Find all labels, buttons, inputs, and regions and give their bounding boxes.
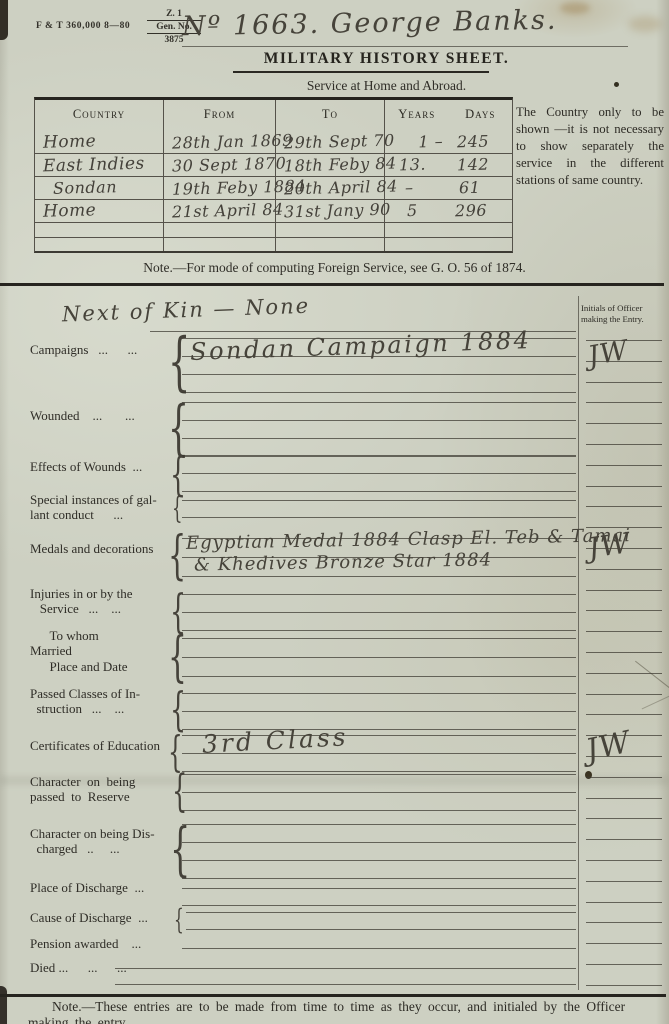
ruled-line [182,810,576,811]
field-lines-place-discharge [182,888,576,906]
ruled-line [586,631,662,632]
ruled-line [182,693,576,694]
cell-to: 31st Jany 90 [284,200,391,222]
brace: { [174,904,184,936]
thick-rule-bottom [0,994,666,997]
col-header-days: Days [449,107,513,131]
cell-from: 21st April 84 [172,200,284,222]
ruled-line [115,968,576,969]
page-title: MILITARY HISTORY SHEET. [0,50,669,68]
ruled-line [182,455,576,456]
cell-years: 5 [407,201,418,220]
field-lines-pension [182,948,576,949]
ruled-line [586,382,662,383]
ruled-line [182,438,576,439]
stain-top-right-2 [628,16,662,32]
ruled-line [182,792,576,793]
field-lines-char-discharged [182,824,576,879]
cell-to: 29th Sept 70 [284,131,395,153]
medals-entry-line2: & Khedives Bronze Star 1884 [194,551,492,574]
handwritten-name: Nº 1663. George Banks. [182,7,558,41]
field-label-cause-discharge: Cause of Discharge ... [30,910,184,925]
ruled-line [586,402,662,403]
table-row: Home 28th Jan 1869 29th Sept 70 1 – 245 [35,131,512,154]
cell-days: 296 [455,201,488,221]
ruled-line [586,673,662,674]
ruled-line [182,491,576,492]
ruled-line [586,964,662,965]
field-lines-married [182,638,576,677]
ruled-line [586,922,662,923]
ruled-line [182,774,576,775]
table-empty-row [35,238,512,251]
ruled-line [182,576,576,577]
bottom-note: Note.—These entries are to be made from … [28,999,664,1024]
ruled-line [182,402,576,403]
thick-rule-top [0,283,664,286]
cell-from: 28th Jan 1869 [172,130,293,152]
table-row: East Indies 30 Sept 1870 18th Feby 84 13… [35,154,512,177]
next-of-kin-entry: Next of Kin — None [62,296,311,326]
cell-days: 61 [459,178,481,198]
table-row: Home 21st April 84 31st Jany 90 5 296 [35,200,512,223]
field-label-medals: Medals and decorations [30,541,184,556]
military-history-sheet: F & T 360,000 8—80 Z. 1 Gen. No. 3875 Nº… [0,0,669,1024]
cell-days: 245 [457,132,490,152]
field-lines-effects [182,455,576,492]
ruled-line [182,676,576,677]
field-lines-passed [182,693,576,730]
cell-from: 30 Sept 1870 [172,154,287,176]
certificates-entry: 3rd Class [201,724,349,757]
ruled-line [586,610,662,611]
field-label-char-discharged: Character on being Dis- charged .. ... [30,826,184,857]
ruled-line [186,929,576,930]
name-underline [182,46,628,47]
initials-column-lines [586,340,662,986]
ruled-line [586,590,662,591]
ruled-line [182,888,576,889]
col-header-years-days: Years Days [385,100,512,131]
field-lines-gallant [182,500,576,518]
ruled-line [182,771,576,772]
cell-country: Home [43,200,97,221]
field-label-campaigns: Campaigns ... ... [30,342,184,357]
ruled-line [586,569,662,570]
ruled-line [182,842,576,843]
scan-edge-top-left [0,0,8,40]
ruled-line [182,500,576,501]
ruled-line [182,473,576,474]
field-label-pension: Pension awarded ... [30,936,184,951]
ruled-line [182,392,576,393]
service-table-header: Country From To Years Days [35,100,512,131]
col-header-years: Years [385,107,449,131]
ruled-line [586,652,662,653]
ruled-line [182,878,576,879]
ruled-line [586,860,662,861]
cell-country: Sondan [53,177,117,198]
cell-years: – [405,178,414,197]
officer-initials: JW [583,728,633,767]
ruled-line [186,912,576,913]
col-header-from: From [164,100,276,131]
field-label-effects: Effects of Wounds ... [30,459,184,474]
ruled-line [182,905,576,906]
field-label-char-reserve: Character on being passed to Reserve [30,774,184,805]
field-lines-wounded [182,402,576,457]
field-lines-cause-discharge [186,912,576,930]
ruled-line [586,818,662,819]
cell-to: 20th April 84 [284,177,398,199]
ruled-line [182,948,576,949]
field-lines-char-reserve [182,774,576,811]
title-underline [233,71,489,73]
cell-years: 1 – [399,131,463,152]
officer-initials: JW [586,337,631,371]
ruled-line [586,798,662,799]
cell-country: Home [43,131,97,152]
field-label-certificates: Certificates of Education [30,738,184,753]
ruled-line [182,630,576,631]
ruled-line [586,902,662,903]
cell-years: 13. [399,155,426,175]
table-side-note: The Country only to be shown —it is not … [516,104,664,188]
ruled-line [182,594,576,595]
page-subtitle: Service at Home and Abroad. [0,78,669,94]
field-lines-injuries [182,594,576,631]
ruled-line [586,777,662,778]
field-lines-died [115,968,576,985]
field-label-married: To whom Married Place and Date [30,628,184,674]
ruled-line [115,984,576,985]
field-label-place-discharge: Place of Discharge ... [30,880,184,895]
stain-top-right [560,2,590,14]
ruled-line [586,465,662,466]
cell-country: East Indies [43,154,145,177]
ruled-line [586,506,662,507]
initials-column-divider [578,296,579,990]
field-label-injuries: Injuries in or by the Service ... ... [30,586,184,617]
col-header-to: To [276,100,385,131]
table-empty-row [35,223,512,238]
ruled-line [586,444,662,445]
cell-to: 18th Feby 84 [284,154,397,176]
ruled-line [586,943,662,944]
foreign-service-note: Note.—For mode of computing Foreign Serv… [0,260,669,276]
ruled-line [182,374,576,375]
initials-column-header: Initials of Officer making the Entry. [581,303,665,325]
col-header-country: Country [35,100,164,131]
service-table: Country From To Years Days Home 28th Jan… [34,97,513,253]
ruled-line [586,486,662,487]
field-label-passed: Passed Classes of In- struction ... ... [30,686,184,717]
field-label-gallant: Special instances of gal- lant conduct .… [30,492,184,523]
table-row: Sondan 19th Feby 1884 20th April 84 – 61 [35,177,512,200]
ruled-line [182,612,576,613]
ruled-line [182,860,576,861]
ruled-line [182,657,576,658]
ruled-line [586,839,662,840]
ruled-line [586,423,662,424]
scan-edge-bottom-left [0,986,7,1024]
ruled-line [182,711,576,712]
field-label-wounded: Wounded ... ... [30,408,184,423]
ruled-line [182,638,576,639]
form-code: F & T 360,000 8—80 [36,21,130,31]
ruled-line [586,714,662,715]
ruled-line [586,694,662,695]
ruled-line [182,420,576,421]
cell-days: 142 [457,155,490,175]
ruled-line [586,881,662,882]
ruled-line [586,985,662,986]
brace: { [172,492,183,526]
ruled-line [182,517,576,518]
ruled-line [182,824,576,825]
